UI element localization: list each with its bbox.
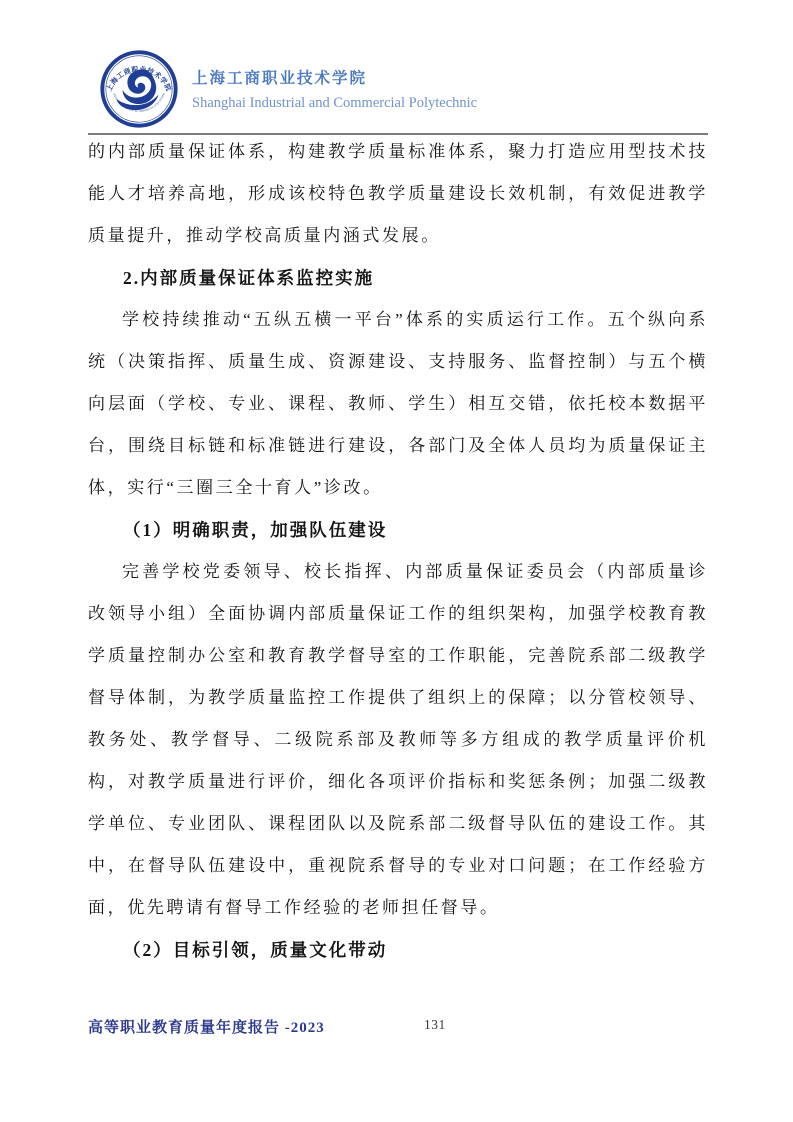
paragraph-continuation: 的内部质量保证体系，构建教学质量标准体系，聚力打造应用型技术技能人才培养高地，形… [88, 131, 708, 257]
footer-report-title: 高等职业教育质量年度报告 -2023 [88, 1016, 325, 1037]
school-name-zh: 上海工商职业技术学院 [192, 66, 477, 88]
heading-sub-1: （1）明确职责，加强队伍建设 [88, 509, 708, 551]
heading-sub-2: （2）目标引领，质量文化带动 [88, 929, 708, 971]
page-header: 上海工商职业技术学院 SHANGHAI INDUSTRIAL & COMMERC… [100, 50, 477, 128]
header-titles: 上海工商职业技术学院 Shanghai Industrial and Comme… [192, 66, 477, 112]
heading-section-2: 2.内部质量保证体系监控实施 [88, 257, 708, 299]
document-page: 上海工商职业技术学院 SHANGHAI INDUSTRIAL & COMMERC… [0, 0, 793, 1122]
page-footer: 高等职业教育质量年度报告 -2023 131 [88, 1013, 708, 1039]
paragraph-system-operation: 学校持续推动“五纵五横一平台”体系的实质运行工作。五个纵向系统（决策指挥、质量生… [88, 299, 708, 509]
footer-page-number: 131 [424, 1017, 446, 1033]
paragraph-responsibility-team: 完善学校党委领导、校长指挥、内部质量保证委员会（内部质量诊改领导小组）全面协调内… [88, 551, 708, 929]
school-logo-icon: 上海工商职业技术学院 SHANGHAI INDUSTRIAL & COMMERC… [100, 50, 178, 128]
school-name-en: Shanghai Industrial and Commercial Polyt… [192, 95, 477, 112]
document-body: 的内部质量保证体系，构建教学质量标准体系，聚力打造应用型技术技能人才培养高地，形… [88, 131, 708, 971]
